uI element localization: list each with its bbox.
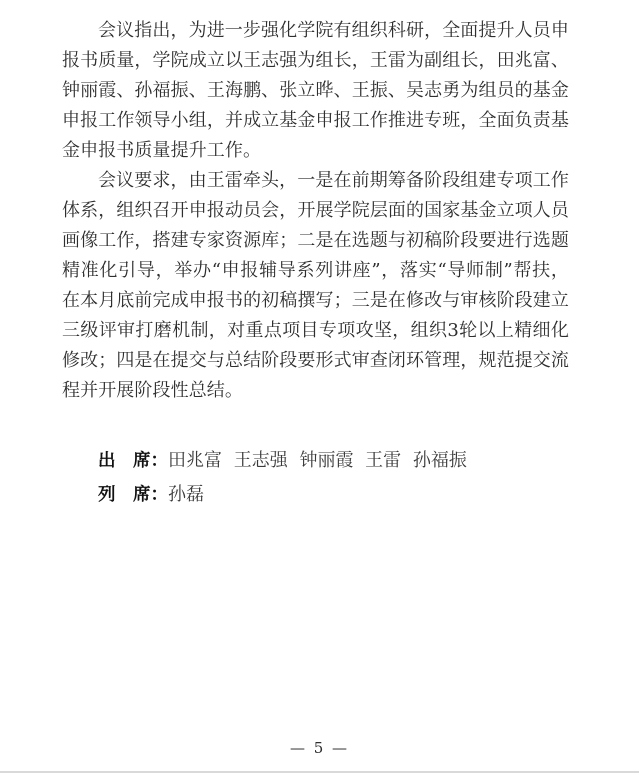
paragraph-meeting-requirements: 会议要求，由王雷牵头，一是在前期筹备阶段组建专项工作体系，组织召开申报动员会，开… [62,166,569,406]
observers-label: 列 席： [98,485,168,505]
observers-names: 孙磊 [168,484,204,505]
page-footer: — 5 — [0,738,639,757]
document-body: 会议指出，为进一步强化学院有组织科研，全面提升人员申报书质量，学院成立以王志强为… [62,16,569,512]
document-page: 会议指出，为进一步强化学院有组织科研，全面提升人员申报书质量，学院成立以王志强为… [0,0,639,774]
attendees-names: 田兆富 王志强 钟丽霞 王雷 孙福振 [168,450,467,471]
paragraph-meeting-pointed-out: 会议指出，为进一步强化学院有组织科研，全面提升人员申报书质量，学院成立以王志强为… [62,16,569,166]
attendees-label: 出 席： [98,451,168,471]
page-number: — 5 — [290,739,349,757]
observers-row: 列 席：孙磊 [62,478,569,512]
attendees-row: 出 席：田兆富 王志强 钟丽霞 王雷 孙福振 [62,444,569,478]
attendance-block: 出 席：田兆富 王志强 钟丽霞 王雷 孙福振 列 席：孙磊 [62,444,569,512]
bottom-divider [0,771,639,773]
